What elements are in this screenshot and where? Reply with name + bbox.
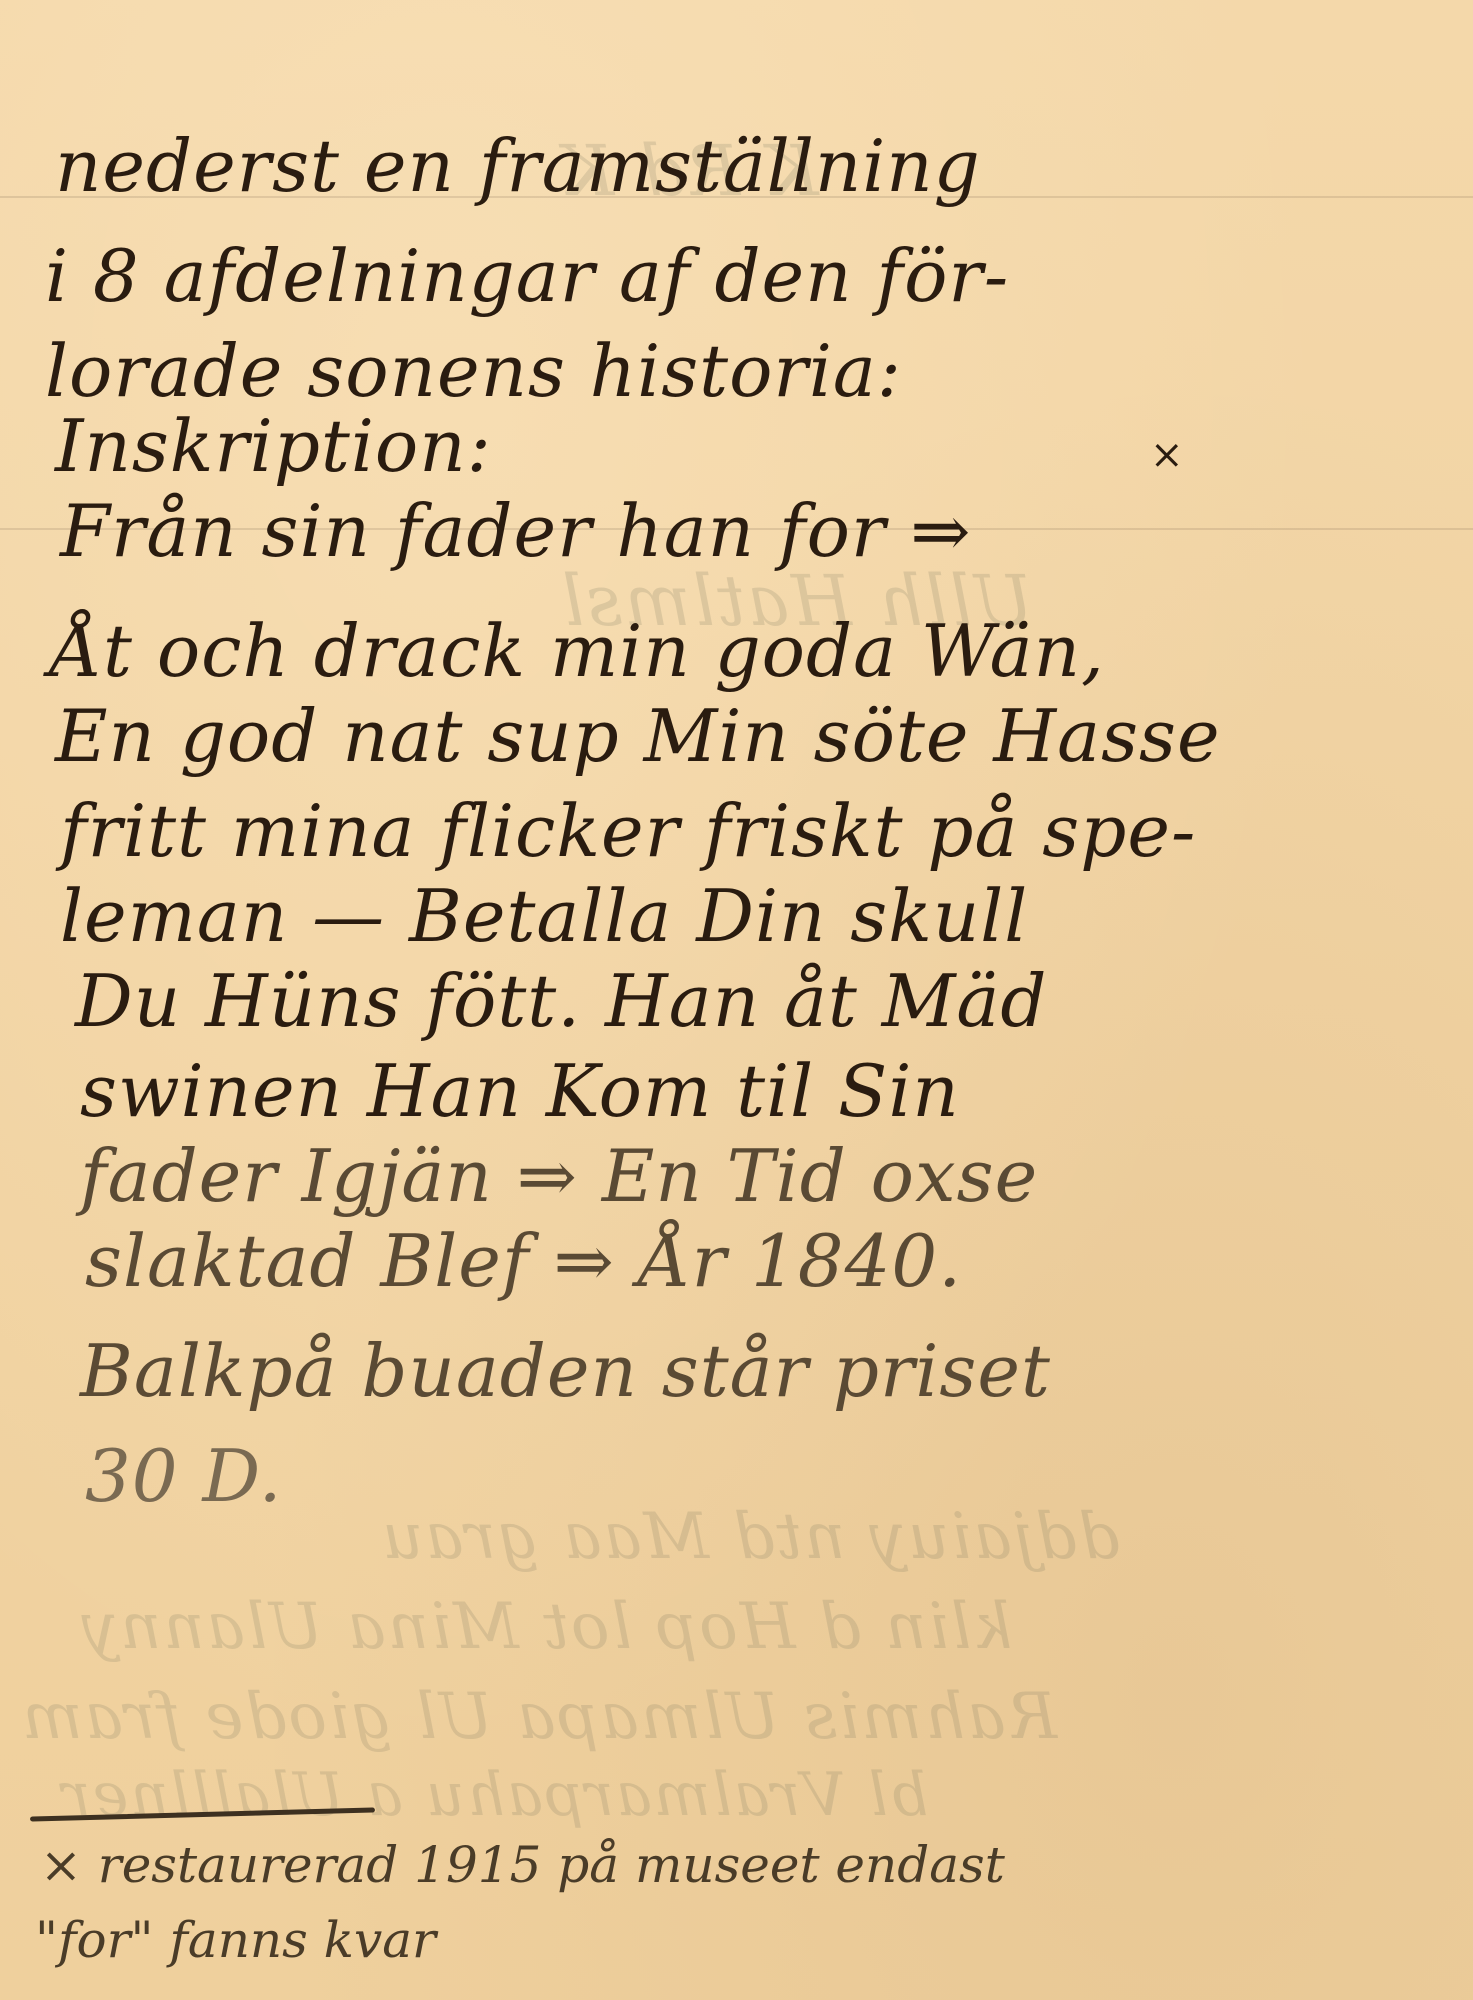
manuscript-line: fader Igjän ⇒ En Tid oxse [80,1140,1038,1212]
manuscript-page: K Rd K Ullh Hatlmsl ddjaiuy ntd Maa grau… [0,0,1473,2000]
manuscript-line: Åt och drack min goda Wän, [50,615,1105,687]
bleed-through-text: klin d Hop lot Mina Ulanny [80,1590,1012,1664]
manuscript-line: i 8 afdelningar af den för- [45,240,1009,312]
manuscript-line: slaktad Blef ⇒ År 1840. [85,1225,962,1297]
manuscript-line: 30 D. [85,1440,283,1512]
manuscript-line: Du Hüns fött. Han åt Mäd [75,965,1047,1037]
manuscript-line: En god nat sup Min söte Hasse [55,700,1221,772]
manuscript-line: Inskription: [55,410,492,482]
manuscript-line: Balkpå buaden står priset [80,1335,1051,1407]
footnote-line: "for" fanns kvar [35,1915,436,1965]
bleed-through-text: ddjaiuy ntd Maa grau [380,1500,1120,1574]
manuscript-line: swinen Han Kom til Sin [80,1055,960,1127]
bleed-through-text: Rahmis Ulmapa Ul giode fram [20,1680,1057,1754]
footnote-line: × restaurerad 1915 på museet endast [40,1840,1005,1890]
manuscript-line: fritt mina flicker friskt på spe- [60,795,1196,867]
manuscript-line: nederst en framställning [55,130,981,202]
manuscript-line: leman — Betalla Din skull [60,880,1028,952]
manuscript-line: lorade sonens historia: [45,335,902,407]
footnote-marker: × [1150,432,1184,478]
manuscript-line: Från sin fader han for ⇒ [60,495,972,567]
bleed-through-text: bl Vralmarpahu a Ulalllner [60,1760,928,1830]
